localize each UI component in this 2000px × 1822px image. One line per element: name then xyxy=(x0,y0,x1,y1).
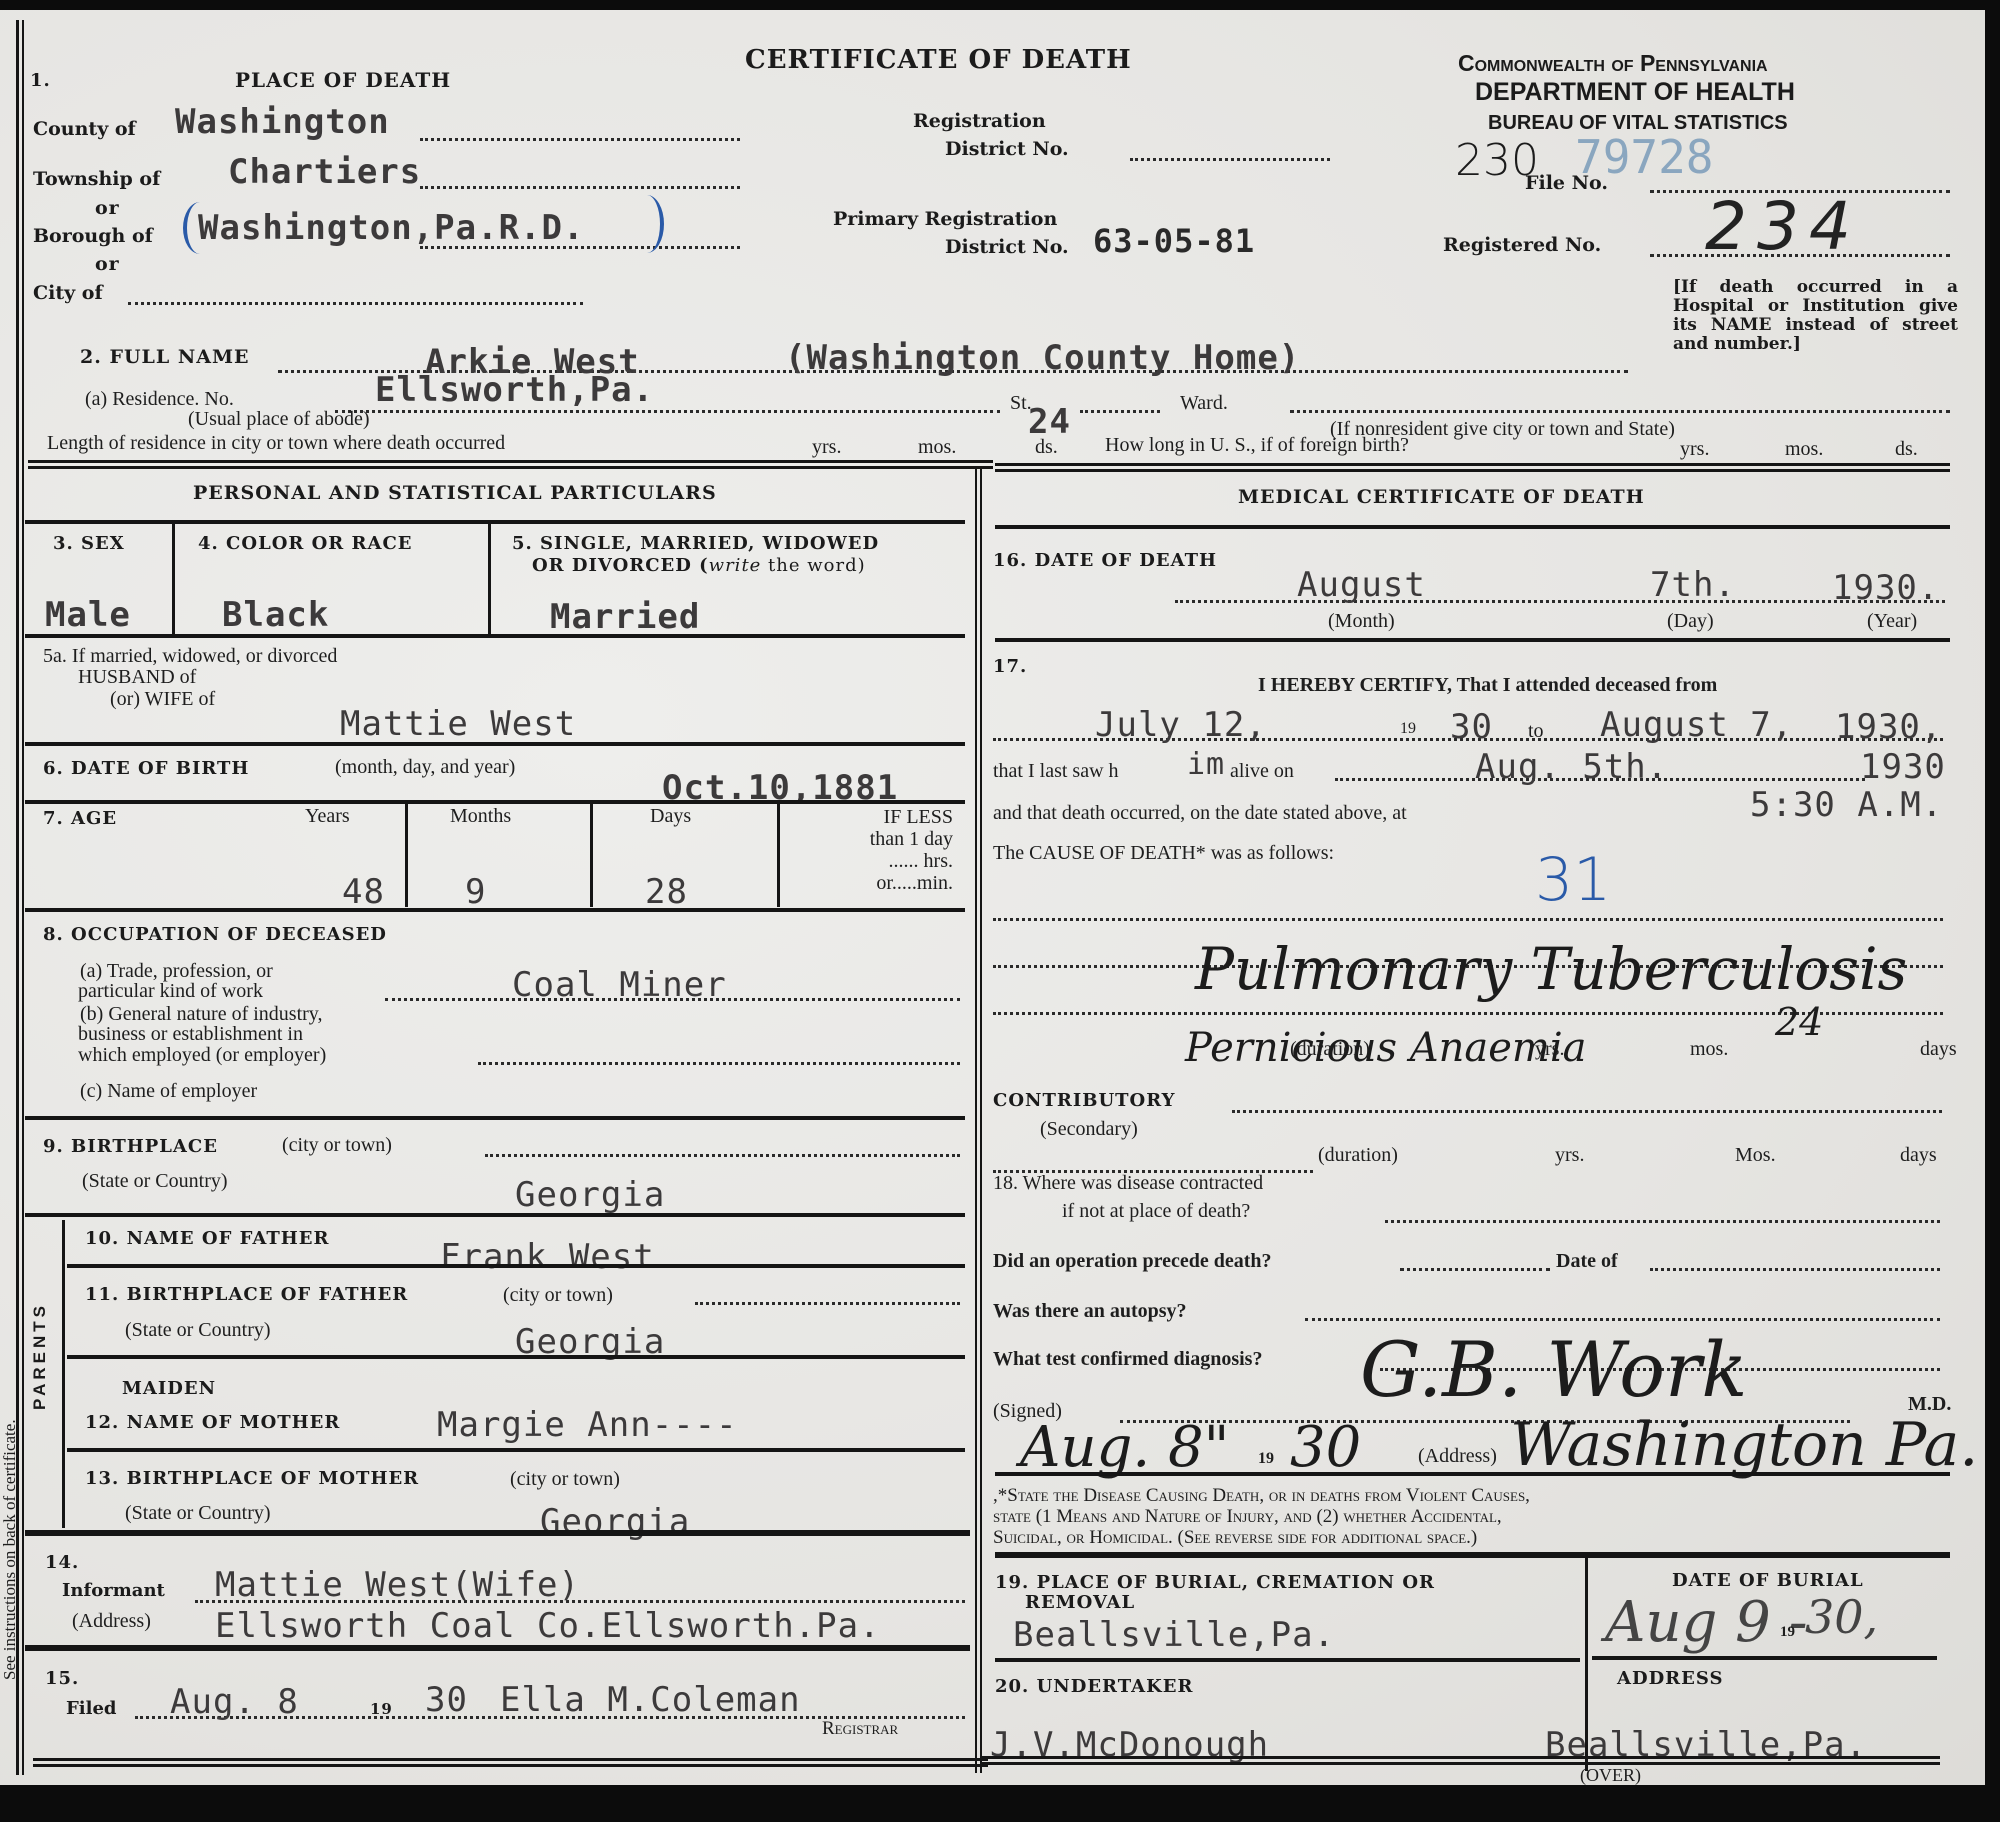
race-value: Black xyxy=(222,595,329,635)
undertaker-address-label: ADDRESS xyxy=(1617,1668,1723,1689)
mother-birthplace-value: Georgia xyxy=(540,1502,690,1542)
margin-instructions-note: See instructions on back of certificate. xyxy=(0,1260,20,1680)
race-marital-divider xyxy=(488,522,491,637)
duration-label: (duration) xyxy=(1290,1038,1370,1061)
attended-to-value: August 7, xyxy=(1600,705,1793,745)
rule-after-burial-date xyxy=(1592,1656,1937,1660)
primary-registration-label: Primary Registration xyxy=(833,208,1057,230)
agency-department: DEPARTMENT OF HEALTH xyxy=(1475,78,1795,107)
signed-year-value: 30 xyxy=(1290,1415,1361,1480)
township-value: Chartiers xyxy=(228,152,421,192)
filed-date-value: Aug. 8 xyxy=(170,1682,299,1722)
attended-to-label: to xyxy=(1528,720,1544,743)
city-dots xyxy=(128,302,583,305)
township-label: Township of xyxy=(33,168,160,190)
last-saw-year: 1930 xyxy=(1860,747,1946,787)
occupation-a-label-2: particular kind of work xyxy=(78,980,263,1003)
physician-signature: G.B. Work xyxy=(1360,1325,1747,1414)
double-rule-right xyxy=(995,463,1950,472)
burial-place-label-1: 19. PLACE OF BURIAL, CREMATION OR xyxy=(995,1572,1435,1593)
contributory-label: CONTRIBUTORY xyxy=(993,1090,1175,1111)
age-days-value: 28 xyxy=(645,872,688,912)
medical-certificate-title: MEDICAL CERTIFICATE OF DEATH xyxy=(1238,486,1645,508)
registrar-label: Registrar xyxy=(822,1718,898,1740)
burial-year-prefix: 19 xyxy=(1780,1624,1795,1641)
residence-dots xyxy=(335,410,1000,413)
certificate-title: CERTIFICATE OF DEATH xyxy=(745,45,1132,75)
occupation-value: Coal Miner xyxy=(512,965,727,1005)
rule-after-sex xyxy=(25,634,965,638)
dob-label: 6. DATE OF BIRTH xyxy=(43,758,249,779)
certify-statement: I HEREBY CERTIFY, That I attended deceas… xyxy=(1258,674,1717,697)
sex-race-divider xyxy=(172,522,175,637)
borough-label: Borough of xyxy=(33,225,153,247)
rule-after-dod xyxy=(995,638,1950,642)
age-months-value: 9 xyxy=(465,872,486,912)
birthplace-label: 9. BIRTHPLACE xyxy=(43,1136,218,1157)
rule-personal-top xyxy=(25,520,965,524)
age-days-divider xyxy=(777,802,780,907)
attended-from-value: July 12, xyxy=(1095,705,1267,745)
burial-date-label: DATE OF BURIAL xyxy=(1672,1570,1864,1591)
age-months-label: Months xyxy=(450,805,511,828)
duration-mos-value: 24 xyxy=(1775,1000,1823,1044)
father-name-value: Frank West xyxy=(440,1237,655,1277)
contracted-dots xyxy=(1385,1220,1940,1223)
father-birthplace-label: 11. BIRTHPLACE OF FATHER xyxy=(85,1284,408,1305)
registered-no-label: Registered No. xyxy=(1443,234,1601,256)
foreign-ds-label: ds. xyxy=(1895,438,1918,461)
violent-causes-footnote: ,*State the Disease Causing Death, or in… xyxy=(993,1485,1530,1548)
full-name-label: 2. FULL NAME xyxy=(80,346,249,368)
birthplace-state-note: (State or Country) xyxy=(82,1170,228,1193)
sex-label: 3. SEX xyxy=(53,533,125,554)
duration-yrs-label: yrs. xyxy=(1535,1038,1564,1061)
burial-place-value: Beallsville,Pa. xyxy=(1013,1615,1335,1655)
informant-label: Informant xyxy=(62,1580,165,1601)
duration2-days-label: days xyxy=(1900,1144,1937,1167)
birthplace-value: Georgia xyxy=(515,1175,665,1215)
age-years-divider xyxy=(405,802,408,907)
contracted-label-1: 18. Where was disease contracted xyxy=(993,1172,1263,1195)
center-divider-b xyxy=(980,468,982,1773)
birthplace-city-dots xyxy=(485,1154,960,1157)
registration-district-label: District No. xyxy=(945,138,1069,160)
alive-on-label: alive on xyxy=(1230,760,1294,783)
test-confirmed-label: What test confirmed diagnosis? xyxy=(993,1348,1262,1371)
rule-medical-top xyxy=(995,525,1950,529)
burial-year-value: 30, xyxy=(1805,1590,1878,1644)
dod-year-value: 1930. xyxy=(1832,568,1939,608)
last-saw-date: Aug. 5th. xyxy=(1475,747,1668,787)
section-1-number: 1. xyxy=(30,70,51,91)
father-birthplace-city-note: (city or town) xyxy=(503,1284,613,1307)
county-value: Washington xyxy=(175,102,390,142)
county-dots xyxy=(420,138,740,141)
file-no-label: File No. xyxy=(1525,172,1608,194)
rule-after-spouse xyxy=(25,742,965,746)
undertaker-label: 20. UNDERTAKER xyxy=(995,1676,1193,1697)
death-certificate: See instructions on back of certificate.… xyxy=(0,10,1985,1785)
rule-after-father xyxy=(67,1264,965,1268)
cause-of-death-label: The CAUSE OF DEATH* was as follows: xyxy=(993,842,1334,865)
mother-state-note: (State or Country) xyxy=(125,1502,271,1525)
place-of-death-title: PLACE OF DEATH xyxy=(235,68,451,92)
left-border-rule-inner xyxy=(22,20,24,1775)
or-label-2: or xyxy=(95,253,120,275)
informant-number: 14. xyxy=(45,1552,79,1573)
usual-abode-note: (Usual place of abode) xyxy=(188,408,370,431)
attended-to-year: 1930, xyxy=(1835,707,1942,747)
informant-address-label: (Address) xyxy=(72,1610,151,1633)
marital-label-2: OR DIVORCED (write the word) xyxy=(532,555,866,576)
filed-number: 15. xyxy=(45,1668,79,1689)
race-label: 4. COLOR OR RACE xyxy=(198,533,413,554)
ward-label: Ward. xyxy=(1180,392,1228,415)
informant-value: Mattie West(Wife) xyxy=(215,1565,580,1605)
registered-no-value: 234 xyxy=(1705,188,1861,265)
mother-name-value: Margie Ann---- xyxy=(437,1405,738,1445)
filed-year-prefix: 19 xyxy=(370,1700,393,1718)
dob-note: (month, day, and year) xyxy=(335,756,515,779)
secondary-label: (Secondary) xyxy=(1040,1118,1138,1141)
center-divider-a xyxy=(975,468,977,1773)
rule-after-dob xyxy=(25,800,965,804)
mother-birthplace-label: 13. BIRTHPLACE OF MOTHER xyxy=(85,1468,419,1489)
blue-bracket-right xyxy=(630,195,664,253)
filed-label: Filed xyxy=(66,1698,117,1719)
dod-year-caption: (Year) xyxy=(1867,610,1917,633)
autopsy-label: Was there an autopsy? xyxy=(993,1300,1187,1323)
operation-dots xyxy=(1400,1268,1550,1271)
rule-after-informant xyxy=(25,1645,970,1651)
occupation-b-label-3: which employed (or employer) xyxy=(78,1044,326,1067)
last-saw-pronoun: im xyxy=(1187,747,1225,782)
certify-number: 17. xyxy=(993,656,1027,677)
residence-yrs-label: yrs. xyxy=(812,436,841,459)
filed-year-value: 30 xyxy=(425,1680,468,1720)
residence-ds-label: ds. xyxy=(1035,436,1058,459)
rule-after-signature xyxy=(995,1472,1950,1476)
maiden-label: MAIDEN xyxy=(122,1378,216,1399)
over-label: (OVER) xyxy=(1580,1765,1641,1786)
duration2-label: (duration) xyxy=(1318,1144,1398,1167)
autopsy-dots xyxy=(1305,1318,1940,1321)
occupation-b-label-2: business or establishment in xyxy=(78,1023,303,1046)
dod-month-value: August xyxy=(1297,565,1426,605)
dod-day-value: 7th. xyxy=(1650,565,1736,605)
age-days-label: Days xyxy=(650,805,691,828)
registration-district-dots xyxy=(1130,158,1330,161)
informant-address-value: Ellsworth Coal Co.Ellsworth.Pa. xyxy=(215,1606,881,1646)
duration-days-label: days xyxy=(1920,1038,1957,1061)
duration2-mos-label: Mos. xyxy=(1735,1144,1776,1167)
hospital-instruction-note: [If death occurred in a Hospital or Inst… xyxy=(1673,278,1958,354)
rule-after-mother-birthplace xyxy=(25,1530,970,1536)
blue-bracket-left xyxy=(183,202,217,254)
primary-district-value: 63-05-81 xyxy=(1093,222,1255,260)
city-label: City of xyxy=(33,282,103,304)
rule-after-birthplace xyxy=(25,1213,965,1217)
occupation-c-label: (c) Name of employer xyxy=(80,1080,257,1103)
registration-label: Registration xyxy=(913,110,1046,132)
death-time-label: and that death occurred, on the date sta… xyxy=(993,802,1407,825)
death-time-value: 5:30 A.M. xyxy=(1750,785,1943,825)
age-months-divider xyxy=(590,802,593,907)
signed-year-prefix: 19 xyxy=(1258,1450,1274,1468)
township-dots xyxy=(420,186,740,189)
less-than-day-block: IF LESS than 1 day ...... hrs. or.....mi… xyxy=(808,806,953,894)
rule-before-burial xyxy=(995,1552,1950,1558)
rule-after-mother xyxy=(67,1448,965,1452)
operation-date-dots xyxy=(1650,1268,1940,1271)
street-dots xyxy=(1080,410,1160,413)
operation-date-label: Date of xyxy=(1556,1250,1618,1273)
date-of-death-label: 16. DATE OF DEATH xyxy=(993,550,1217,571)
primary-district-label: District No. xyxy=(945,236,1069,258)
attended-from-year-prefix: 19 xyxy=(1400,720,1416,738)
mother-birthplace-city-note: (city or town) xyxy=(510,1468,620,1491)
attended-from-year: 30 xyxy=(1450,707,1493,747)
burial-place-label-2: REMOVAL xyxy=(1025,1592,1135,1613)
age-years-value: 48 xyxy=(342,872,385,912)
rule-bottom-left xyxy=(33,1758,988,1767)
institution-value: (Washington County Home) xyxy=(785,338,1300,378)
sex-value: Male xyxy=(45,595,131,635)
personal-particulars-title: PERSONAL AND STATISTICAL PARTICULARS xyxy=(193,482,717,504)
physician-address-label: (Address) xyxy=(1418,1445,1497,1468)
rule-after-father-birthplace xyxy=(67,1355,965,1359)
cause-code-value: 31 xyxy=(1535,845,1611,915)
occupation-b-dots xyxy=(478,1062,960,1065)
agency-commonwealth: Commonwealth of Pennsylvania xyxy=(1458,50,1768,77)
contracted-label-2: if not at place of death? xyxy=(1062,1200,1250,1223)
borough-value: Washington,Pa.R.D. xyxy=(198,208,584,248)
date-of-death-dots xyxy=(1175,600,1945,603)
parents-divider xyxy=(62,1220,65,1528)
foreign-yrs-label: yrs. xyxy=(1680,438,1709,461)
cause-dots-1 xyxy=(993,918,1943,921)
marital-value: Married xyxy=(550,597,700,637)
cause-of-death-value-2: Pernicious Anaemia xyxy=(1185,1025,1586,1071)
dod-day-caption: (Day) xyxy=(1667,610,1714,633)
foreign-mos-label: mos. xyxy=(1785,438,1823,461)
physician-address-value: Washington Pa. xyxy=(1510,1410,1978,1480)
contributory-dots xyxy=(1232,1110,1942,1113)
parents-side-label: PARENTS xyxy=(30,1310,50,1410)
father-birthplace-dots xyxy=(695,1302,960,1305)
age-label: 7. AGE xyxy=(43,808,117,829)
signed-date-value: Aug. 8" xyxy=(1020,1415,1229,1480)
or-label-1: or xyxy=(95,197,120,219)
spouse-value: Mattie West xyxy=(340,704,576,744)
rule-after-burial-place xyxy=(995,1658,1580,1662)
mother-name-label: 12. NAME OF MOTHER xyxy=(85,1412,340,1433)
length-of-residence-label: Length of residence in city or town wher… xyxy=(47,432,505,455)
registrar-name-value: Ella M.Coleman xyxy=(500,1680,801,1720)
duration2-yrs-label: yrs. xyxy=(1555,1144,1584,1167)
dod-month-caption: (Month) xyxy=(1328,610,1395,633)
rule-bottom-right xyxy=(980,1756,1940,1765)
operation-label: Did an operation precede death? xyxy=(993,1250,1272,1273)
residence-value: Ellsworth,Pa. xyxy=(375,370,654,410)
birthplace-city-note: (city or town) xyxy=(282,1134,392,1157)
foreign-birth-label: How long in U. S., if of foreign birth? xyxy=(1105,434,1409,457)
county-label: County of xyxy=(33,118,136,140)
rule-after-occupation xyxy=(25,1116,965,1120)
spouse-label-1: 5a. If married, widowed, or divorced xyxy=(43,645,337,668)
spouse-label-2: HUSBAND of xyxy=(78,666,196,689)
cause-of-death-value-1: Pulmonary Tuberculosis xyxy=(1195,935,1907,1003)
rule-after-age xyxy=(25,908,965,912)
burial-date-value: Aug 9 - xyxy=(1605,1590,1808,1655)
age-years-label: Years xyxy=(305,805,350,828)
last-saw-label: that I last saw h xyxy=(993,760,1119,783)
double-rule-left xyxy=(28,460,993,469)
ward-dots xyxy=(1290,410,1950,413)
residence-mos-label: mos. xyxy=(918,436,956,459)
duration-mos-label: mos. xyxy=(1690,1038,1728,1061)
father-state-note: (State or Country) xyxy=(125,1319,271,1342)
marital-label-1: 5. SINGLE, MARRIED, WIDOWED xyxy=(512,533,879,554)
spouse-label-3: (or) WIFE of xyxy=(110,688,215,711)
father-name-label: 10. NAME OF FATHER xyxy=(85,1228,329,1249)
occupation-label: 8. OCCUPATION OF DECEASED xyxy=(43,924,387,945)
